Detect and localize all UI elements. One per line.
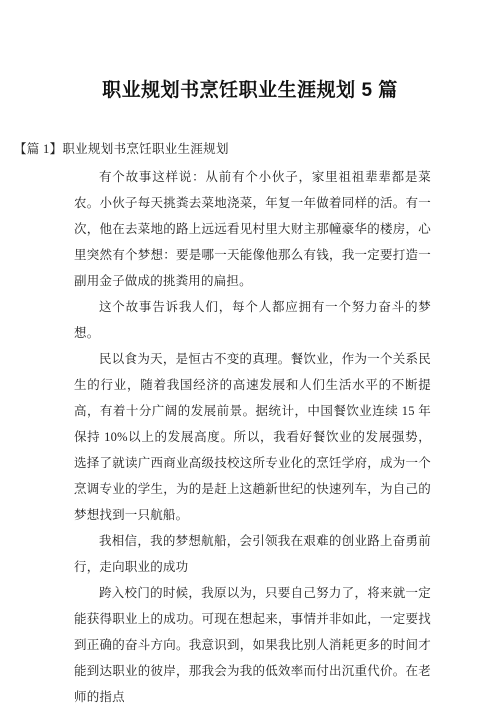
body-paragraph: 我相信，我的梦想航船，会引领我在艰难的创业路上奋勇前行，走向职业的成功 <box>74 528 431 580</box>
section-heading: 【篇 1】职业规划书烹饪职业生涯规划 <box>0 136 500 162</box>
body-paragraph: 这个故事告诉我人们，每个人都应拥有一个努力奋斗的梦想。 <box>74 294 431 346</box>
body-paragraph: 民以食为天，是恒古不变的真理。餐饮业，作为一个关系民生的行业，随着我国经济的高速… <box>74 346 431 528</box>
body-paragraph: 有个故事这样说：从前有个小伙子，家里祖祖辈辈都是菜农。小伙子每天挑粪去菜地浇菜，… <box>74 164 431 294</box>
body-paragraph: 跨入校门的时候，我原以为，只要自己努力了，将来就一定能获得职业上的成功。可现在想… <box>74 580 431 707</box>
document-page: 职业规划书烹饪职业生涯规划 5 篇 【篇 1】职业规划书烹饪职业生涯规划 有个故… <box>0 0 500 707</box>
document-body: 有个故事这样说：从前有个小伙子，家里祖祖辈辈都是菜农。小伙子每天挑粪去菜地浇菜，… <box>74 164 431 707</box>
document-title: 职业规划书烹饪职业生涯规划 5 篇 <box>0 76 500 106</box>
